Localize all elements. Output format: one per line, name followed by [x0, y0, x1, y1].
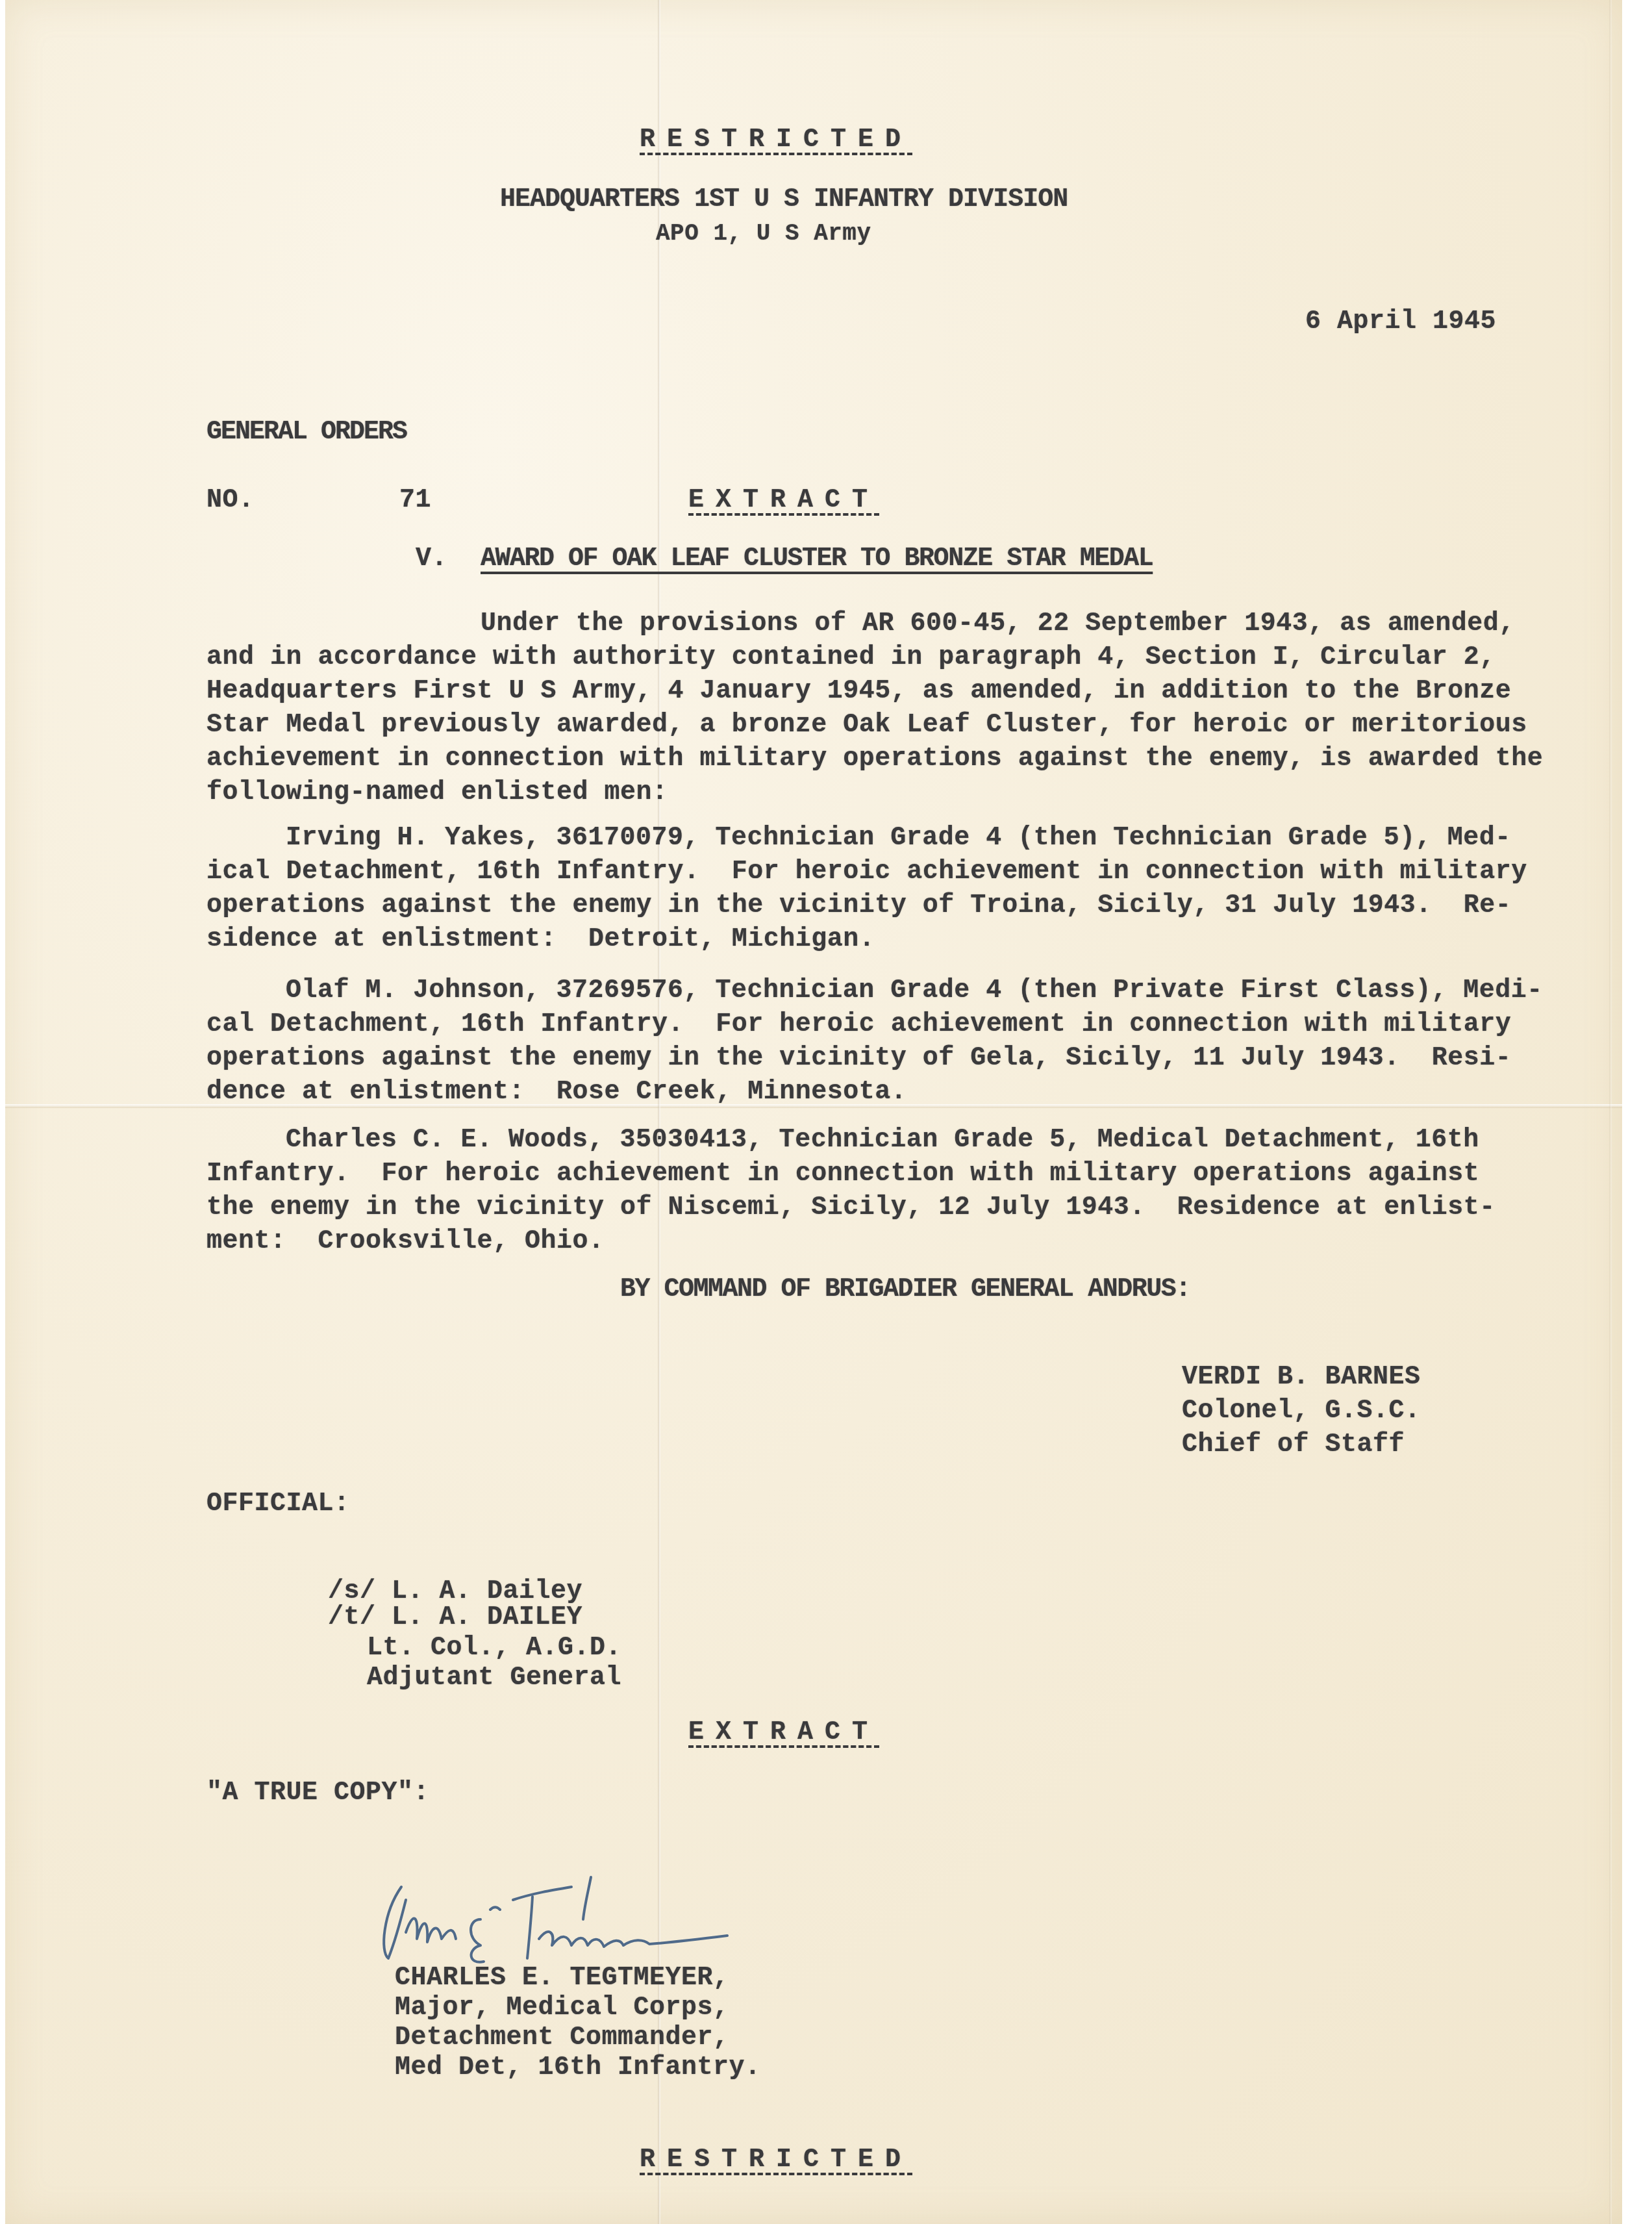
intro-line: following-named enlisted men:: [206, 776, 668, 810]
awardee-line: the enemy in the vicinity of Niscemi, Si…: [206, 1191, 1496, 1225]
section-title: AWARD OF OAK LEAF CLUSTER TO BRONZE STAR…: [481, 542, 1153, 576]
official-title: Adjutant General: [367, 1662, 621, 1695]
signature-icon: [377, 1874, 792, 1971]
general-orders-label: GENERAL ORDERS: [206, 416, 407, 449]
awardee-line: dence at enlistment: Rose Creek, Minneso…: [206, 1076, 907, 1109]
order-date: 6 April 1945: [1305, 305, 1496, 339]
certifier-rank: Major, Medical Corps,: [395, 1991, 729, 2025]
awardee-line: ical Detachment, 16th Infantry. For hero…: [206, 855, 1527, 889]
apo-line: APO 1, U S Army: [656, 217, 871, 251]
certifier-title: Detachment Commander,: [395, 2021, 729, 2055]
orders-number: 71: [399, 484, 431, 518]
intro-line: Headquarters First U S Army, 4 January 1…: [206, 675, 1511, 709]
chief-of-staff-name: VERDI B. BARNES: [1182, 1361, 1421, 1395]
awardee-line: Irving H. Yakes, 36170079, Technician Gr…: [286, 822, 1511, 855]
awardee-line: Infantry. For heroic achievement in conn…: [206, 1157, 1479, 1191]
awardee-line: Olaf M. Johnson, 37269576, Technician Gr…: [286, 974, 1543, 1008]
extract-heading: EXTRACT: [688, 484, 879, 518]
awardee-line: operations against the enemy in the vici…: [206, 889, 1511, 923]
intro-line: achievement in connection with military …: [206, 742, 1543, 776]
section-numeral: V.: [416, 542, 447, 576]
classification-top: RESTRICTED: [640, 123, 912, 157]
true-copy-label: "A TRUE COPY":: [206, 1776, 429, 1810]
intro-line: Star Medal previously awarded, a bronze …: [206, 709, 1527, 742]
awardee-line: operations against the enemy in the vici…: [206, 1042, 1511, 1076]
by-command-line: BY COMMAND OF BRIGADIER GENERAL ANDRUS:: [620, 1273, 1190, 1307]
chief-of-staff-title: Chief of Staff: [1182, 1428, 1405, 1462]
handwritten-signature: [377, 1874, 792, 1971]
intro-line: Under the provisions of AR 600-45, 22 Se…: [481, 607, 1515, 641]
certifier-name: CHARLES E. TEGTMEYER,: [395, 1962, 729, 1995]
unit-heading: HEADQUARTERS 1ST U S INFANTRY DIVISION: [500, 183, 1068, 217]
awardee-line: cal Detachment, 16th Infantry. For heroi…: [206, 1008, 1511, 1042]
extract-heading-bottom: EXTRACT: [688, 1716, 879, 1750]
awardee-line: ment: Crooksville, Ohio.: [206, 1225, 605, 1259]
intro-line: and in accordance with authority contain…: [206, 641, 1496, 675]
certifier-unit: Med Det, 16th Infantry.: [395, 2051, 761, 2085]
awardee-line: Charles C. E. Woods, 35030413, Technicia…: [286, 1124, 1479, 1157]
paper-fold: [1609, 0, 1612, 2224]
chief-of-staff-rank: Colonel, G.S.C.: [1182, 1395, 1421, 1428]
awardee-line: sidence at enlistment: Detroit, Michigan…: [206, 923, 875, 957]
official-rank: Lt. Col., A.G.D.: [367, 1632, 621, 1665]
classification-bottom: RESTRICTED: [640, 2143, 912, 2177]
official-label: OFFICIAL:: [206, 1487, 350, 1521]
official-typed: /t/ L. A. DAILEY: [328, 1601, 582, 1635]
orders-no-label: NO.: [206, 484, 255, 518]
